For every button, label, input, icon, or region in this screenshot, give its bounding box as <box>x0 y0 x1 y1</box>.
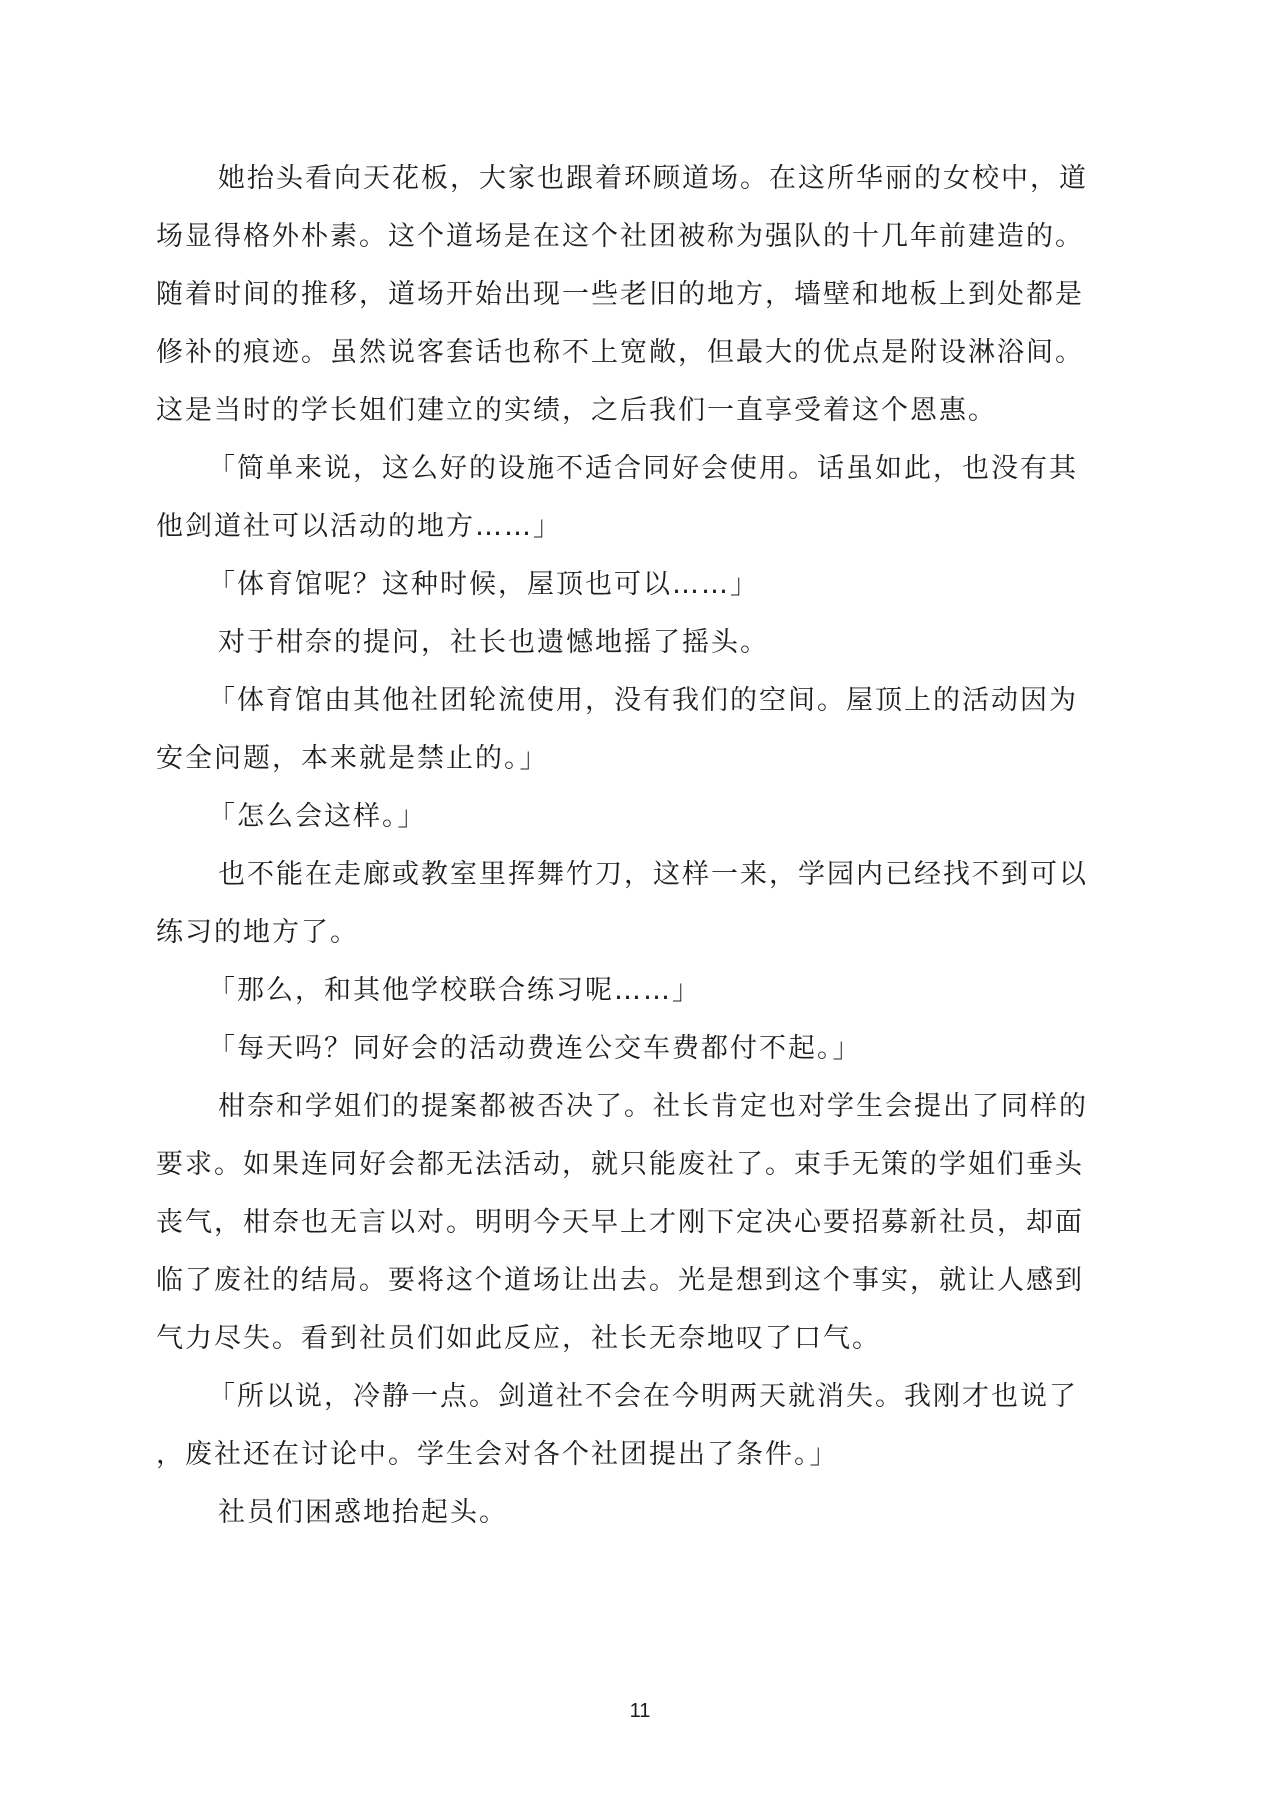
paragraph-line: 气力尽失。看到社员们如此反应，社长无奈地叹了口气。 <box>156 1310 1120 1368</box>
dialogue-line: 「简单来说，这么好的设施不适合同好会使用。话虽如此，也没有其 <box>156 440 1120 498</box>
paragraph-line: 练习的地方了。 <box>156 904 1120 962</box>
body-text: 她抬头看向天花板，大家也跟着环顾道场。在这所华丽的女校中，道 场显得格外朴素。这… <box>156 150 1120 1542</box>
dialogue-line: 「所以说，冷静一点。剑道社不会在今明两天就消失。我刚才也说了 <box>156 1368 1120 1426</box>
paragraph-line: 她抬头看向天花板，大家也跟着环顾道场。在这所华丽的女校中，道 <box>156 150 1120 208</box>
dialogue-line: 「那么，和其他学校联合练习呢……」 <box>156 962 1120 1020</box>
page-number: 11 <box>0 1700 1280 1723</box>
paragraph-line: 对于柑奈的提问，社长也遗憾地摇了摇头。 <box>156 614 1120 672</box>
paragraph-line: 要求。如果连同好会都无法活动，就只能废社了。束手无策的学姐们垂头 <box>156 1136 1120 1194</box>
paragraph-line: 场显得格外朴素。这个道场是在这个社团被称为强队的十几年前建造的。 <box>156 208 1120 266</box>
paragraph-line: 这是当时的学长姐们建立的实绩，之后我们一直享受着这个恩惠。 <box>156 382 1120 440</box>
document-page: 她抬头看向天花板，大家也跟着环顾道场。在这所华丽的女校中，道 场显得格外朴素。这… <box>0 0 1280 1810</box>
dialogue-line: 安全问题，本来就是禁止的。」 <box>156 730 1120 788</box>
dialogue-line: 「体育馆呢？这种时候，屋顶也可以……」 <box>156 556 1120 614</box>
dialogue-line: 「体育馆由其他社团轮流使用，没有我们的空间。屋顶上的活动因为 <box>156 672 1120 730</box>
dialogue-line: 「怎么会这样。」 <box>156 788 1120 846</box>
paragraph-line: 修补的痕迹。虽然说客套话也称不上宽敞，但最大的优点是附设淋浴间。 <box>156 324 1120 382</box>
dialogue-line: ，废社还在讨论中。学生会对各个社团提出了条件。」 <box>156 1426 1120 1484</box>
paragraph-line: 丧气，柑奈也无言以对。明明今天早上才刚下定决心要招募新社员，却面 <box>156 1194 1120 1252</box>
paragraph-line: 临了废社的结局。要将这个道场让出去。光是想到这个事实，就让人感到 <box>156 1252 1120 1310</box>
paragraph-line: 社员们困惑地抬起头。 <box>156 1484 1120 1542</box>
dialogue-line: 「每天吗？同好会的活动费连公交车费都付不起。」 <box>156 1020 1120 1078</box>
paragraph-line: 随着时间的推移，道场开始出现一些老旧的地方，墙壁和地板上到处都是 <box>156 266 1120 324</box>
paragraph-line: 柑奈和学姐们的提案都被否决了。社长肯定也对学生会提出了同样的 <box>156 1078 1120 1136</box>
dialogue-line: 他剑道社可以活动的地方……」 <box>156 498 1120 556</box>
paragraph-line: 也不能在走廊或教室里挥舞竹刀，这样一来，学园内已经找不到可以 <box>156 846 1120 904</box>
